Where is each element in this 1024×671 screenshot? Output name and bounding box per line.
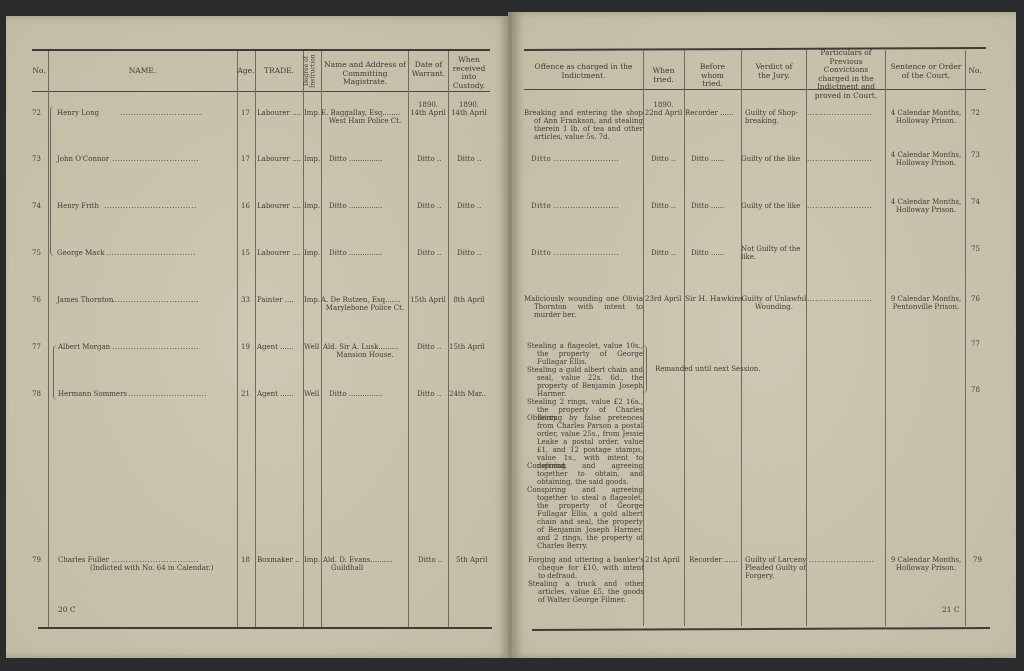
header-when-tried: When tried. (643, 67, 684, 84)
header-sentence: Sentence or Order of the Court. (887, 63, 965, 80)
header-warrant: Date of Warrant. (409, 61, 448, 78)
col-divider (741, 50, 742, 626)
header-magistrate: Name and Address of Committing Magistrat… (322, 61, 408, 87)
col-divider (255, 51, 256, 627)
left-header-rule (32, 91, 490, 92)
col-divider (408, 51, 409, 627)
header-offence: Offence as charged in the Indictment. (524, 63, 643, 80)
page-signature-right: 21 C (942, 605, 960, 614)
header-name: NAME. (48, 67, 237, 76)
header-before-whom: Before whom tried. (690, 63, 735, 89)
col-divider (303, 51, 304, 627)
left-top-rule (32, 49, 490, 51)
left-bottom-rule (38, 627, 492, 629)
header-trade: TRADE. (255, 67, 303, 76)
header-particulars: Particulars of Previous Convictions char… (807, 49, 885, 100)
col-divider (965, 50, 966, 626)
page-signature-left: 20 C (58, 605, 76, 614)
header-degree: Degree of Instruction (304, 52, 320, 90)
col-divider (321, 51, 322, 627)
col-divider (684, 50, 685, 626)
header-custody: When received into Custody. (449, 56, 489, 90)
col-divider (48, 51, 49, 627)
header-no-right: No. (965, 67, 985, 76)
right-header-rule (524, 89, 986, 90)
header-no: No. (30, 67, 48, 76)
col-divider (448, 51, 449, 627)
col-divider (806, 50, 807, 626)
col-divider (237, 51, 238, 627)
group-brace (643, 345, 647, 393)
group-brace (50, 106, 54, 256)
group-brace (53, 345, 57, 400)
header-age: Age. (236, 67, 256, 76)
col-divider (885, 50, 886, 626)
header-verdict: Verdict of the Jury. (750, 63, 798, 80)
col-divider (643, 50, 644, 626)
